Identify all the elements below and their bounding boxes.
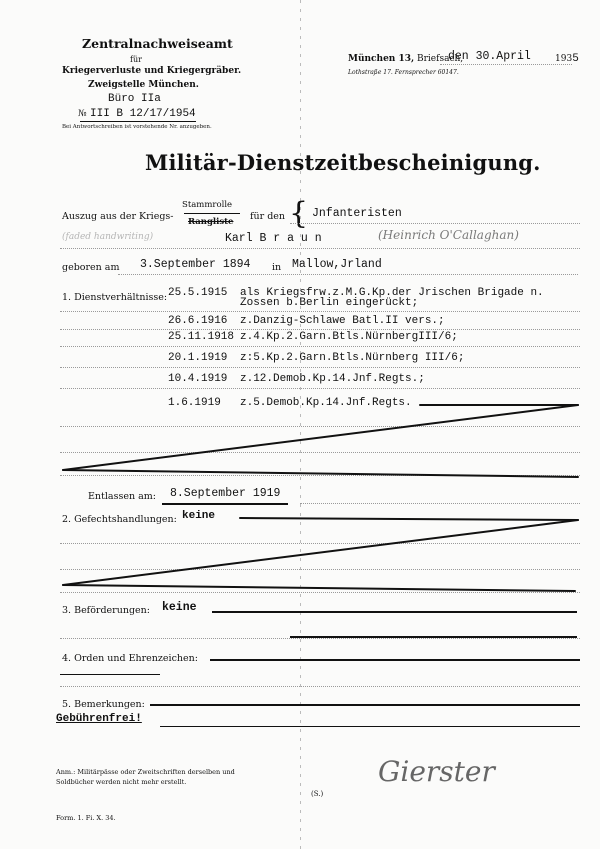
- document-page: Zentralnachweiseamt für Kriegerverluste …: [0, 0, 600, 849]
- strike-strokes: [0, 0, 600, 849]
